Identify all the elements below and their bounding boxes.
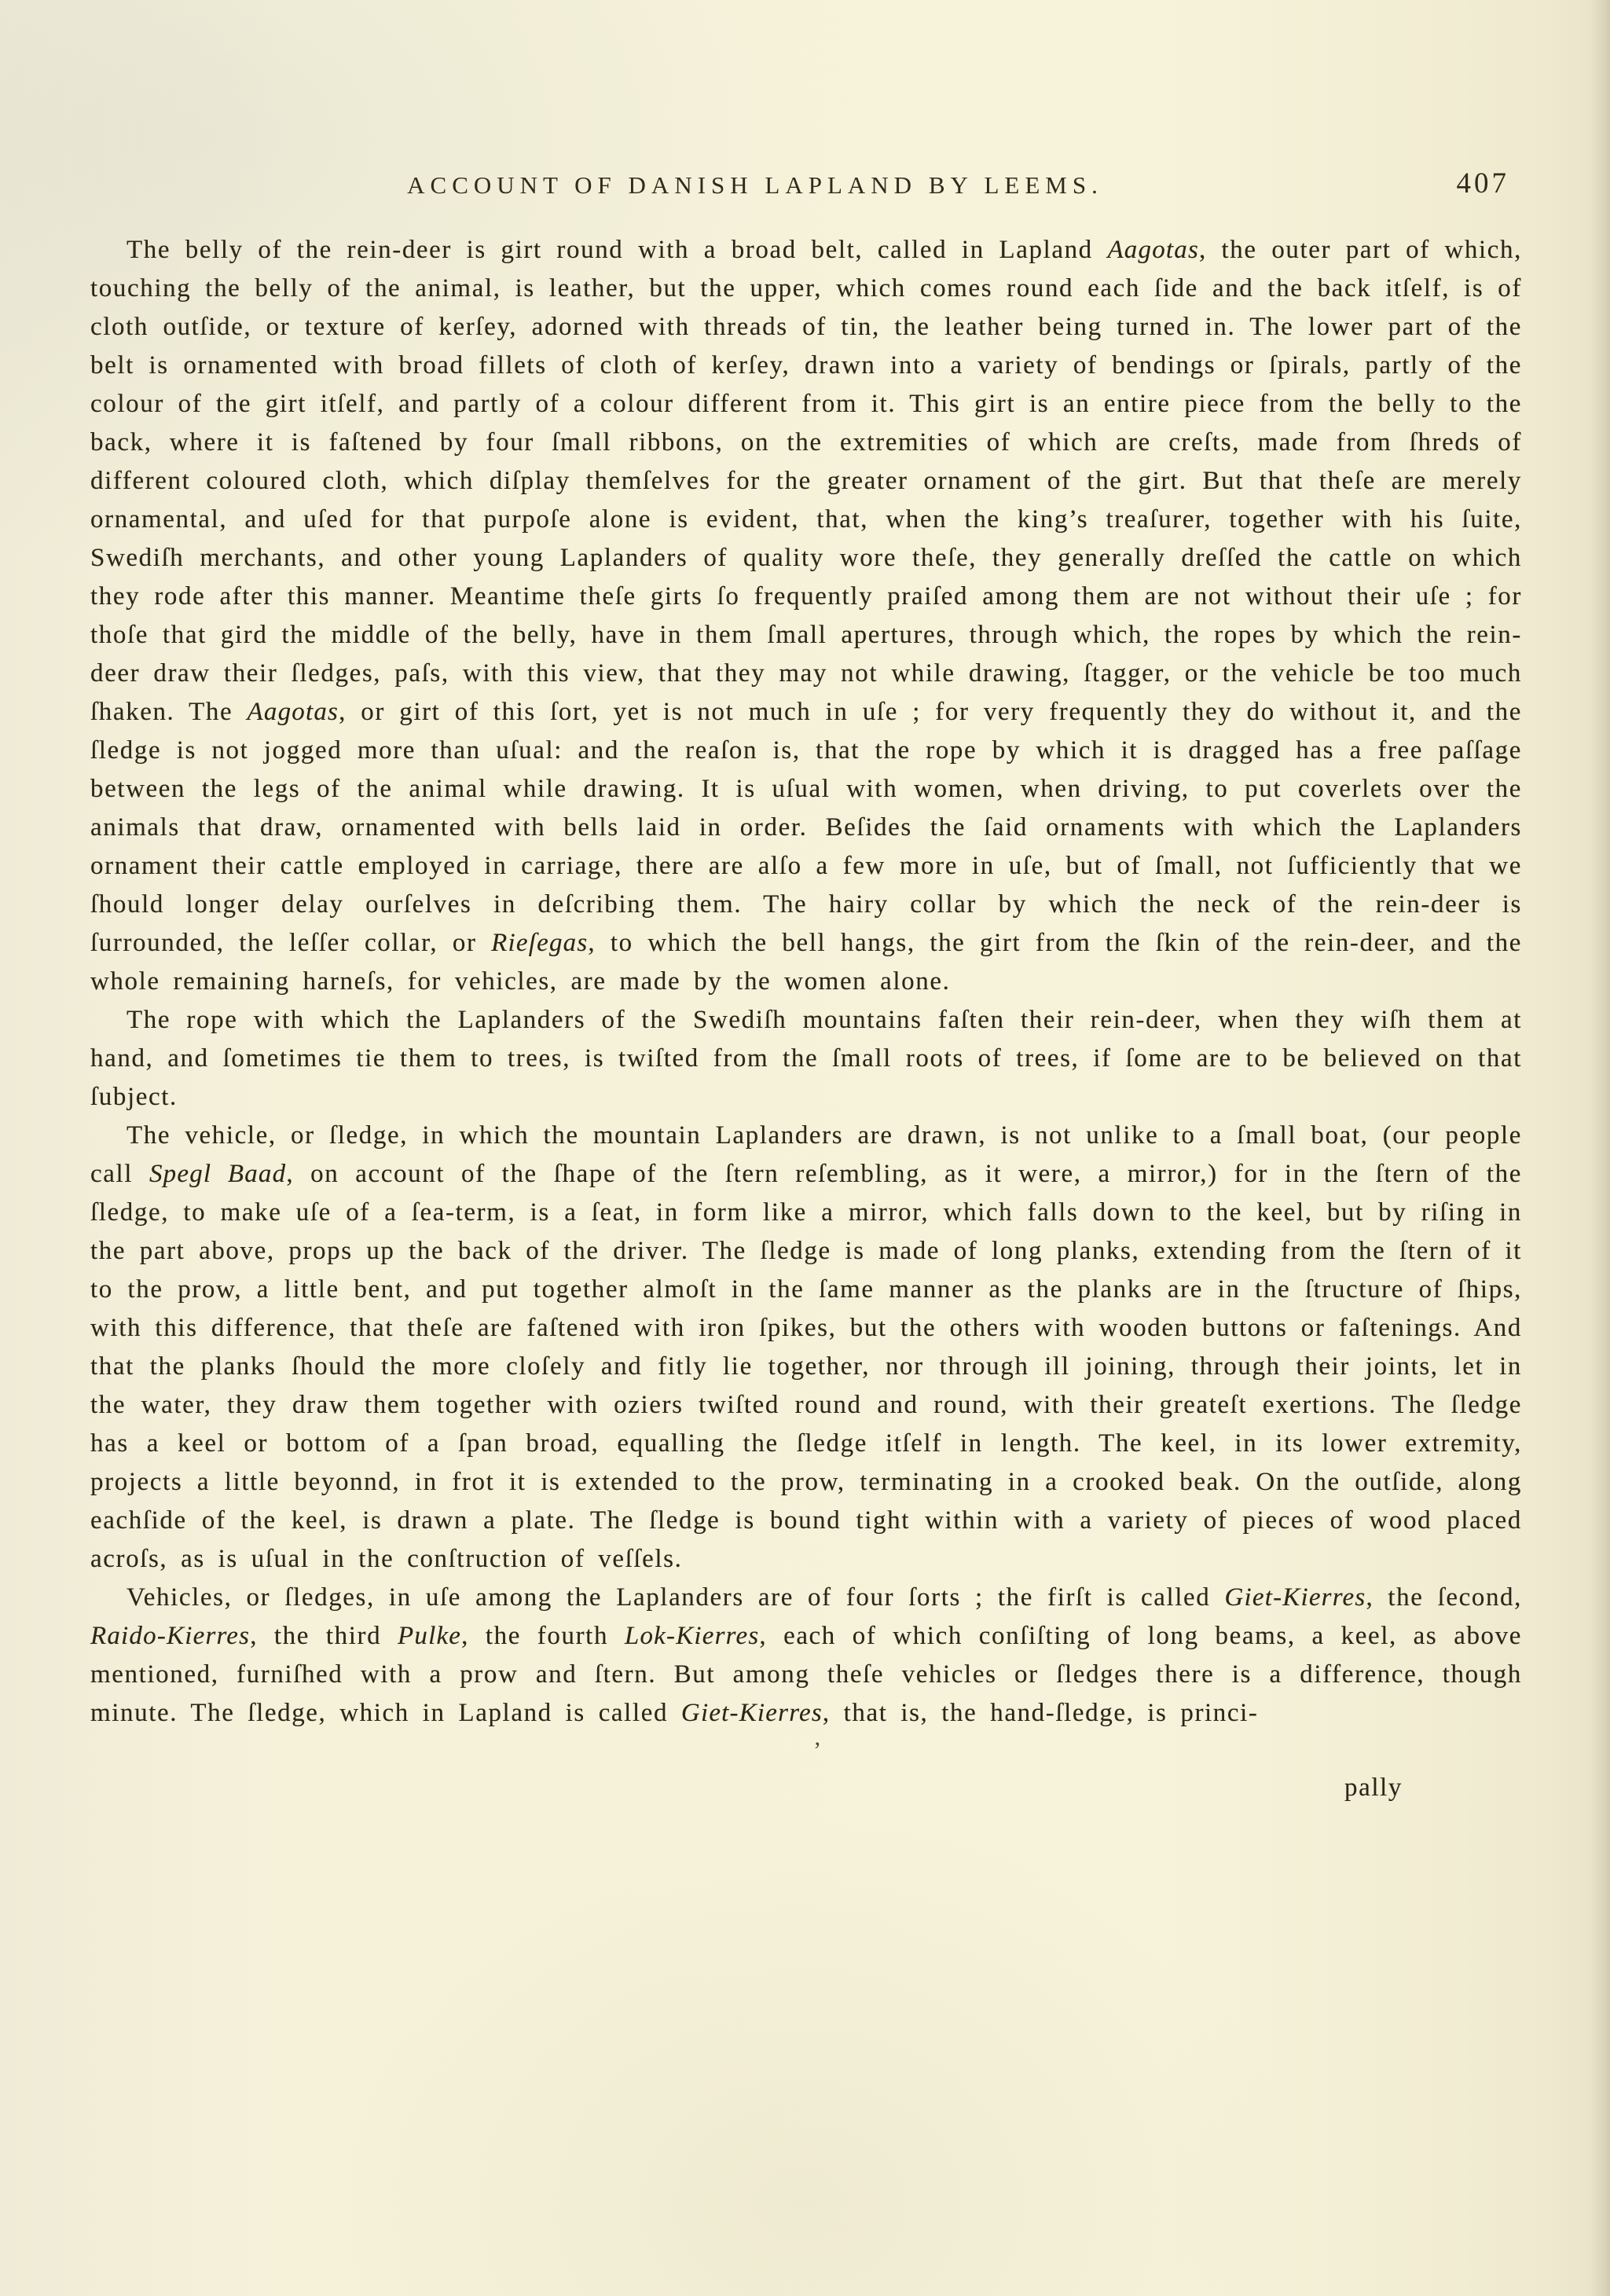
paragraph: Vehicles, or ſledges, in uſe among the L…: [90, 1579, 1522, 1733]
page-header: ACCOUNT OF DANISH LAPLAND BY LEEMS. 407: [90, 168, 1522, 209]
printer-mark: ’: [813, 1737, 821, 1764]
paragraph: The vehicle, or ſledge, in which the mou…: [90, 1117, 1522, 1579]
catchword: pally: [1344, 1773, 1403, 1803]
body-text: The belly of the rein-deer is girt round…: [90, 231, 1522, 1733]
running-title: ACCOUNT OF DANISH LAPLAND BY LEEMS.: [90, 171, 1420, 200]
page-footer: ’ pally: [90, 1733, 1522, 1835]
scanned-book-page: ACCOUNT OF DANISH LAPLAND BY LEEMS. 407 …: [0, 0, 1610, 2296]
paragraph: The belly of the rein-deer is girt round…: [90, 231, 1522, 1001]
text-block: ACCOUNT OF DANISH LAPLAND BY LEEMS. 407 …: [90, 168, 1522, 1835]
page-number: 407: [1457, 167, 1510, 200]
paragraph: The rope with which the Laplanders of th…: [90, 1001, 1522, 1117]
